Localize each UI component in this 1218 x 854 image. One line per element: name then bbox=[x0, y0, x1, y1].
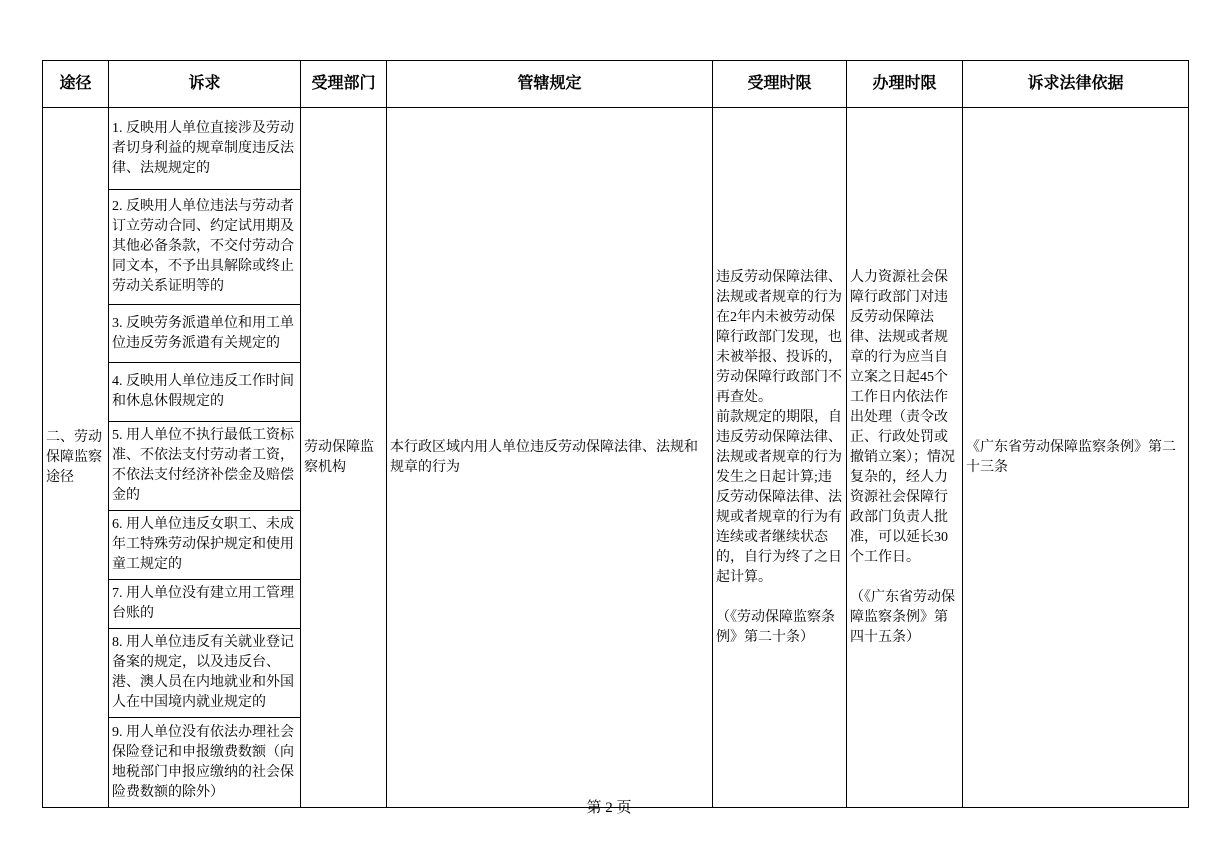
processing-limit-cell: 人力资源社会保障行政部门对违反劳动保障法律、法规或者规章的行为应当自立案之日起4… bbox=[847, 108, 963, 808]
header-row: 途径 诉求 受理部门 管辖规定 受理时限 办理时限 诉求法律依据 bbox=[43, 61, 1189, 108]
appeal-cell-6: 6. 用人单位违反女职工、未成年工特殊劳动保护规定和使用童工规定的 bbox=[109, 511, 301, 580]
col-header-acceptance-limit: 受理时限 bbox=[713, 61, 847, 108]
appeal-cell-5: 5. 用人单位不执行最低工资标准、不依法支付劳动者工资，不依法支付经济补偿金及赔… bbox=[109, 422, 301, 511]
acceptance-limit-cell: 违反劳动保障法律、法规或者规章的行为在2年内未被劳动保障行政部门发现，也未被举报… bbox=[713, 108, 847, 808]
jurisdiction-cell: 本行政区域内用人单位违反劳动保障法律、法规和规章的行为 bbox=[387, 108, 713, 808]
col-header-department: 受理部门 bbox=[301, 61, 387, 108]
acceptance-limit-paragraph-1: 违反劳动保障法律、法规或者规章的行为在2年内未被劳动保障行政部门发现，也未被举报… bbox=[716, 268, 843, 408]
department-cell: 劳动保障监察机构 bbox=[301, 108, 387, 808]
appeal-cell-7: 7. 用人单位没有建立用工管理台账的 bbox=[109, 580, 301, 629]
appeal-cell-8: 8. 用人单位违反有关就业登记备案的规定，以及违反台、港、澳人员在内地就业和外国… bbox=[109, 629, 301, 718]
col-header-jurisdiction: 管辖规定 bbox=[387, 61, 713, 108]
appeal-cell-1: 1. 反映用人单位直接涉及劳动者切身利益的规章制度违反法律、法规规定的 bbox=[109, 108, 301, 190]
processing-limit-paragraph: 人力资源社会保障行政部门对违反劳动保障法律、法规或者规章的行为应当自立案之日起4… bbox=[850, 268, 959, 568]
appeal-cell-3: 3. 反映劳务派遣单位和用工单位违反劳务派遣有关规定的 bbox=[109, 305, 301, 363]
complaint-table: 途径 诉求 受理部门 管辖规定 受理时限 办理时限 诉求法律依据 二、劳动保障监… bbox=[42, 60, 1189, 808]
appeal-cell-2: 2. 反映用人单位违法与劳动者订立劳动合同、约定试用期及其他必备条款，不交付劳动… bbox=[109, 190, 301, 305]
col-header-appeal: 诉求 bbox=[109, 61, 301, 108]
processing-limit-citation: （《广东省劳动保障监察条例》第四十五条） bbox=[850, 588, 959, 648]
table-row-1: 二、劳动保障监察途径 1. 反映用人单位直接涉及劳动者切身利益的规章制度违反法律… bbox=[43, 108, 1189, 190]
appeal-cell-9: 9. 用人单位没有依法办理社会保险登记和申报缴费数额（向地税部门申报应缴纳的社会… bbox=[109, 718, 301, 808]
col-header-processing-limit: 办理时限 bbox=[847, 61, 963, 108]
col-header-route: 途径 bbox=[43, 61, 109, 108]
acceptance-limit-citation: （《劳动保障监察条例》第二十条） bbox=[716, 608, 843, 648]
page-number: 第 2 页 bbox=[0, 798, 1218, 818]
legal-basis-cell: 《广东省劳动保障监察条例》第二十三条 bbox=[963, 108, 1189, 808]
col-header-legal-basis: 诉求法律依据 bbox=[963, 61, 1189, 108]
document-page: 途径 诉求 受理部门 管辖规定 受理时限 办理时限 诉求法律依据 二、劳动保障监… bbox=[0, 0, 1218, 854]
acceptance-limit-paragraph-2: 前款规定的期限，自违反劳动保障法律、法规或者规章的行为发生之日起计算;违反劳动保… bbox=[716, 408, 843, 588]
route-cell: 二、劳动保障监察途径 bbox=[43, 108, 109, 808]
appeal-cell-4: 4. 反映用人单位违反工作时间和休息休假规定的 bbox=[109, 363, 301, 422]
